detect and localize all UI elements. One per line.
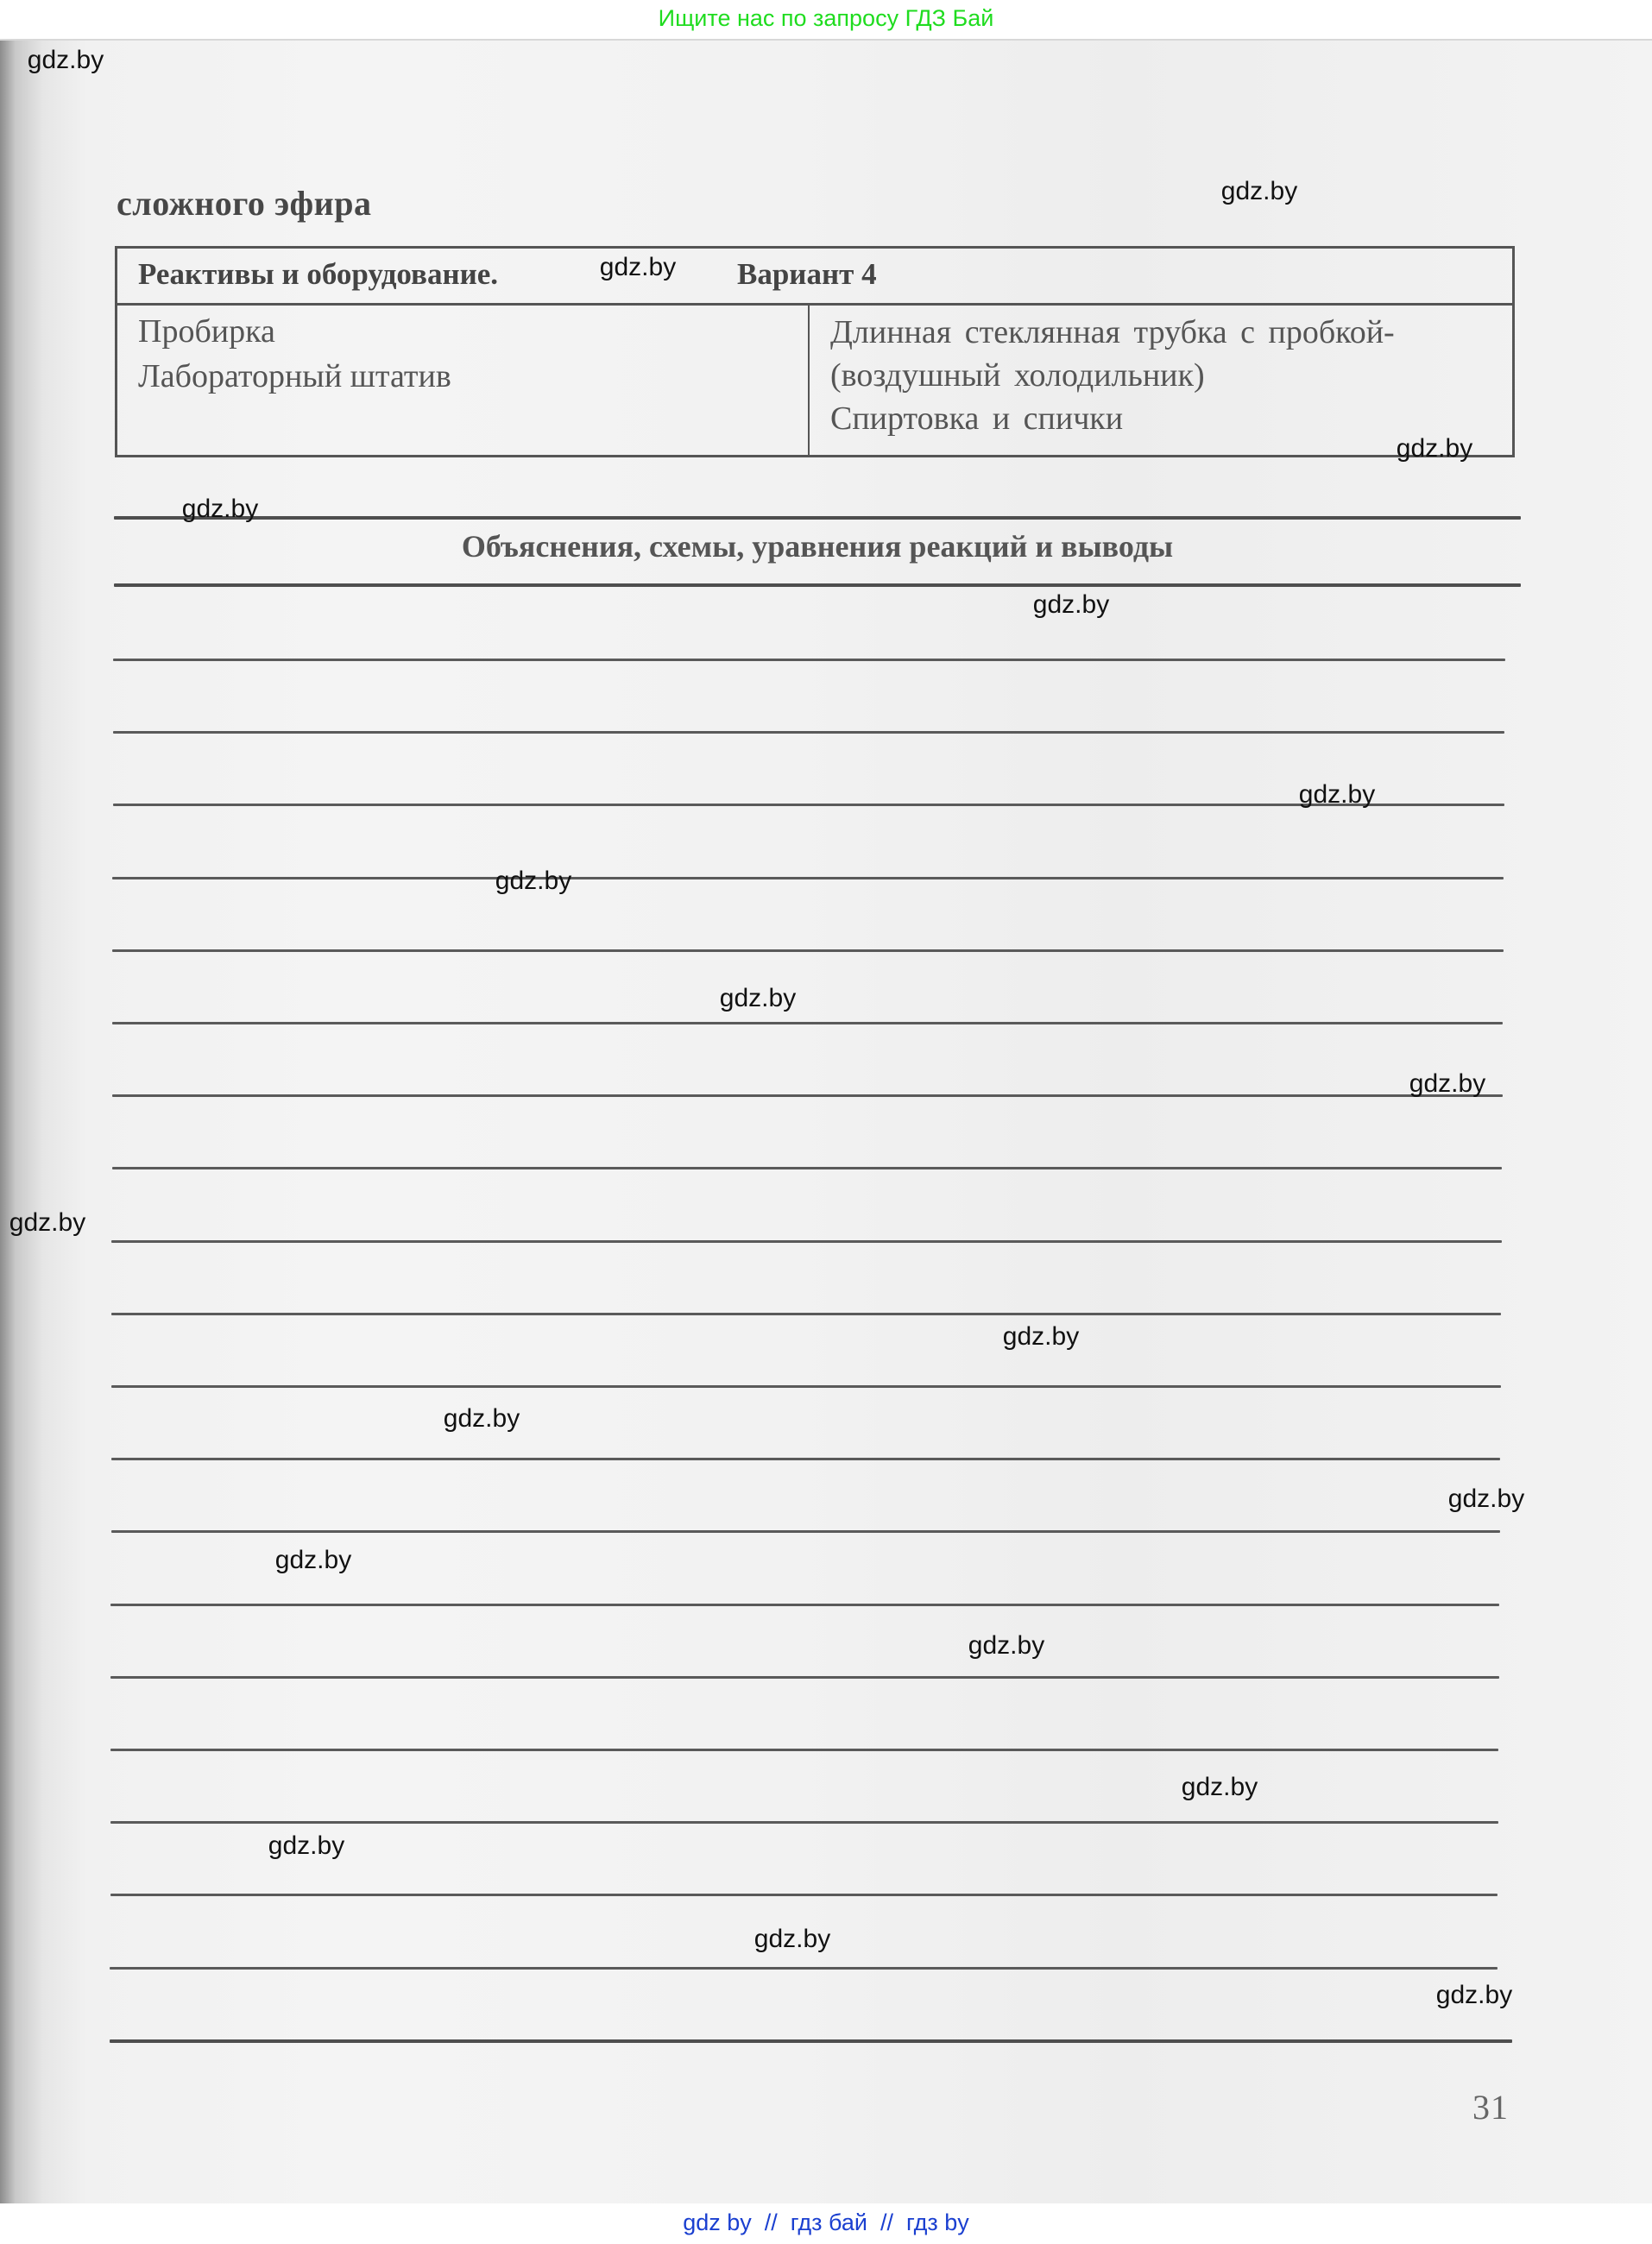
watermark-text: gdz.by (495, 867, 571, 896)
answer-line (111, 1240, 1502, 1243)
watermark-text: gdz.by (1221, 177, 1297, 206)
answer-line (111, 1385, 1501, 1388)
equipment-item: (воздушный холодильник) (810, 354, 1512, 397)
watermark-text: gdz.by (968, 1631, 1044, 1661)
answer-line (110, 1749, 1498, 1751)
answer-line (110, 1821, 1498, 1824)
answer-line (110, 1894, 1498, 1896)
watermark-text: gdz.by (268, 1831, 344, 1861)
equipment-header-label: Реактивы и оборудование. (138, 257, 498, 292)
answer-line (112, 1022, 1503, 1024)
equipment-table-header: Реактивы и оборудование. Вариант 4 (117, 249, 1512, 306)
site-footer-banner: gdz by // гдз бай // гдз by (0, 2203, 1652, 2244)
equipment-item: Лабораторный штатив (117, 354, 808, 399)
answer-line (112, 1167, 1502, 1169)
equipment-table: Реактивы и оборудование. Вариант 4 Проби… (115, 246, 1515, 457)
answer-line (111, 1458, 1500, 1460)
section-bottom-rule (114, 583, 1521, 587)
answer-line (113, 804, 1504, 806)
watermark-text: gdz.by (182, 495, 258, 524)
equipment-item: Пробирка (117, 309, 808, 354)
watermark-text: gdz.by (1003, 1322, 1079, 1352)
page-number: 31 (1472, 2087, 1509, 2127)
answer-line (110, 1967, 1498, 1970)
page-title: сложного эфира (117, 183, 371, 224)
watermark-text: gdz.by (1397, 434, 1472, 463)
watermark-text: gdz.by (1436, 1981, 1512, 2010)
equipment-item: Длинная стеклянная трубка с пробкой- (810, 311, 1512, 354)
watermark-text: gdz.by (275, 1546, 351, 1575)
watermark-text: gdz.by (444, 1404, 520, 1434)
answer-line (112, 877, 1504, 879)
variant-label: Вариант 4 (737, 257, 877, 292)
section-top-rule (114, 516, 1521, 520)
equipment-right-column: Длинная стеклянная трубка с пробкой- (во… (810, 306, 1512, 455)
answer-line (112, 1094, 1503, 1097)
section-heading: Объяснения, схемы, уравнения реакций и в… (0, 528, 1652, 564)
watermark-text: gdz.by (754, 1925, 830, 1954)
answer-line (110, 2039, 1512, 2043)
answer-line (113, 731, 1504, 734)
watermark-text: gdz.by (1182, 1773, 1258, 1802)
section-heading-text: Объяснения, схемы, уравнения реакций и в… (462, 529, 1173, 564)
watermark-text: gdz.by (1448, 1484, 1524, 1514)
answer-line (110, 1676, 1499, 1679)
answer-line (111, 1530, 1500, 1533)
watermark-text: gdz.by (28, 46, 104, 75)
watermark-text: gdz.by (720, 984, 796, 1013)
answer-line (111, 1313, 1501, 1315)
watermark-text: gdz.by (1409, 1069, 1485, 1099)
watermark-text: gdz.by (9, 1208, 85, 1238)
watermark-text: gdz.by (1033, 590, 1109, 620)
watermark-text: gdz.by (600, 253, 676, 282)
site-header-banner: Ищите нас по запросу ГДЗ Бай (0, 0, 1652, 39)
answer-line (113, 659, 1505, 661)
answer-line (110, 1604, 1499, 1606)
equipment-left-column: Пробирка Лабораторный штатив (117, 306, 810, 455)
watermark-text: gdz.by (1299, 780, 1375, 810)
site-footer-text: gdz by // гдз бай // гдз by (683, 2209, 969, 2235)
site-header-text: Ищите нас по запросу ГДЗ Бай (659, 5, 994, 31)
answer-line (112, 949, 1504, 952)
